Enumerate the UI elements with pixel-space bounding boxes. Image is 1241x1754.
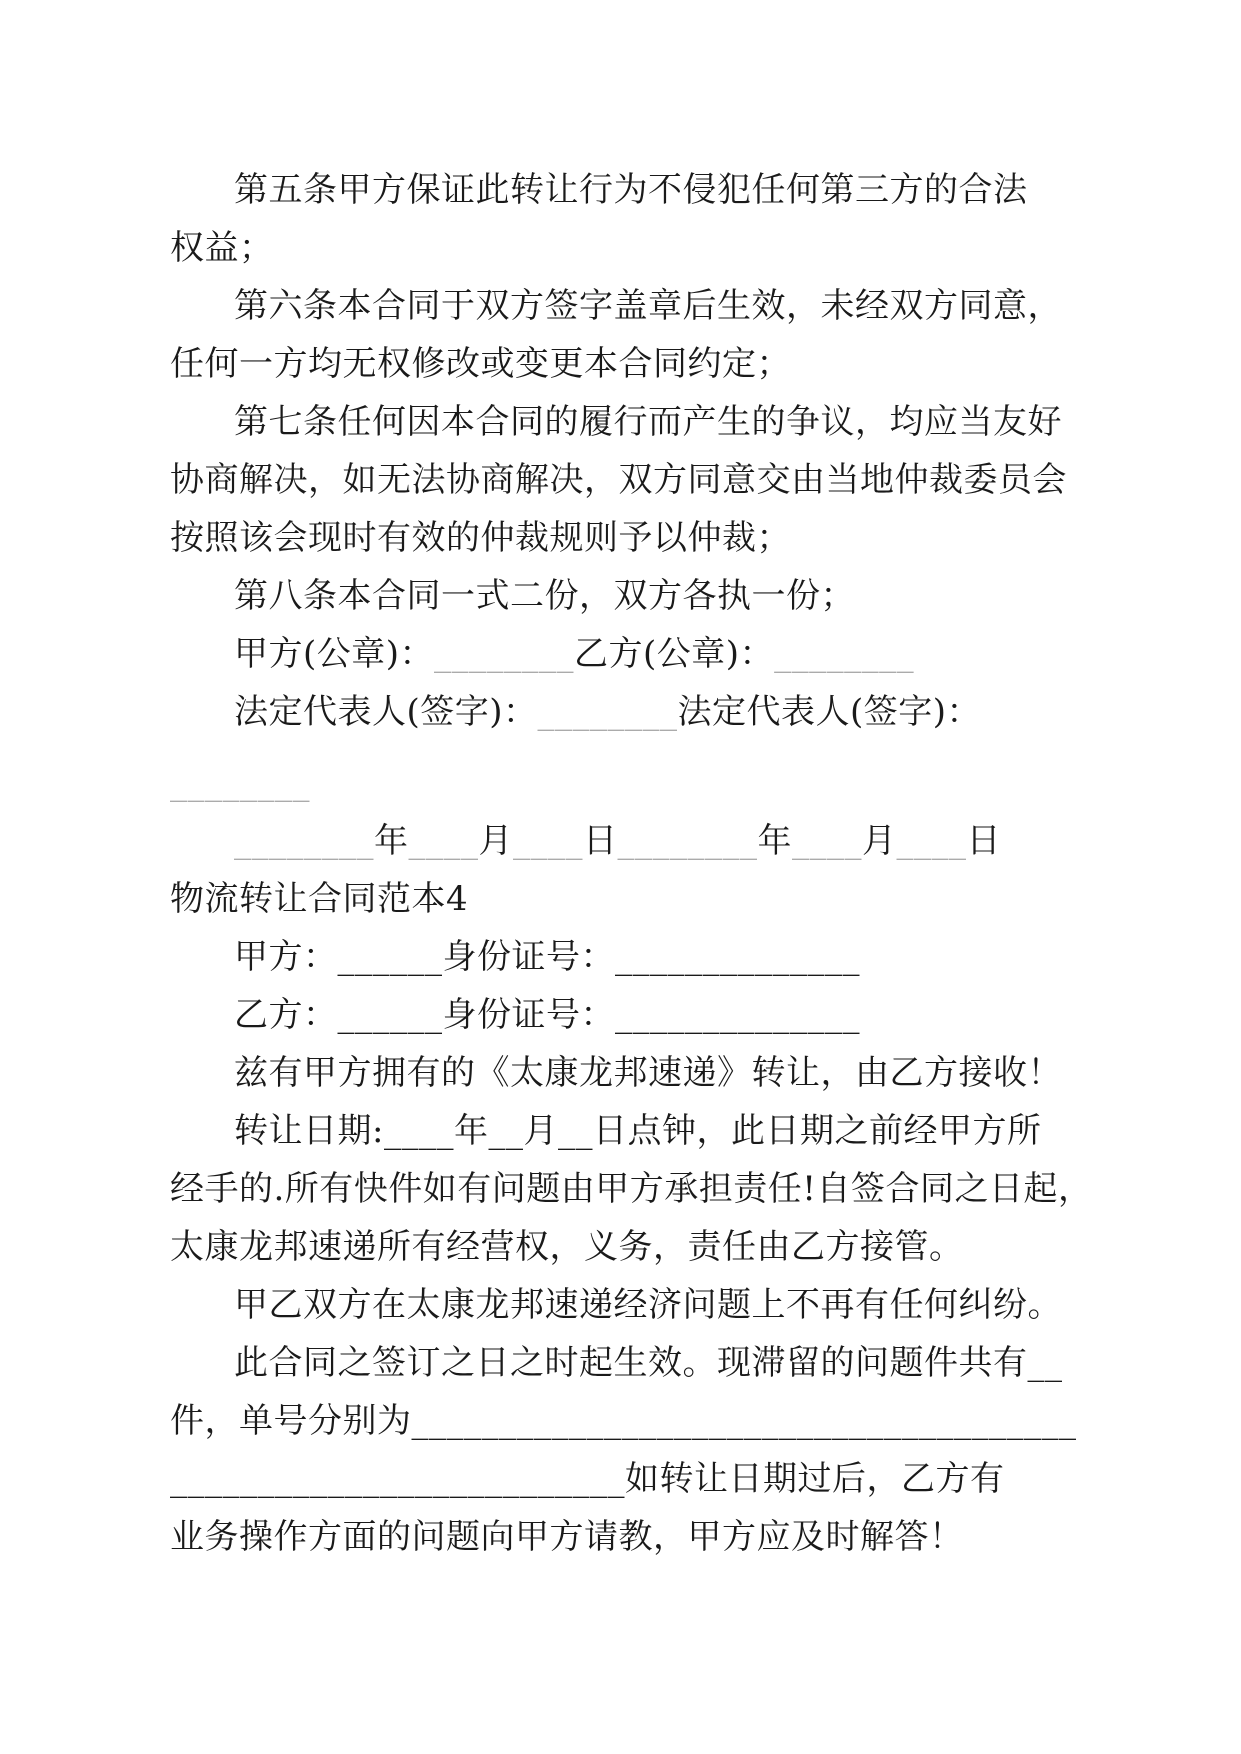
party-a-representative-blank: ________ [538,692,678,732]
date-blank-6: ____ [897,821,967,861]
transfer-date-line-2: 经手的.所有快件如有问题由甲方承担责任!自签合同之日起， [170,1160,1075,1218]
clause-five-line-1: 第五条甲方保证此转让行为不侵犯任何第三方的合法 [170,161,1075,219]
clause-seven-line-3: 按照该会现时有效的仲裁规则予以仲裁； [170,509,1075,567]
seal-signature-line: 甲方(公章)：________乙方(公章)：________ [170,625,1075,683]
party-a-representative-label: 法定代表人(签字)： [234,692,538,732]
party-b-seal-label: 乙方(公章)： [574,634,774,674]
party-b-representative-label: 法定代表人(签字)： [678,692,982,732]
transfer-date-line-1: 转让日期:____年__月__日点钟，此日期之前经甲方所 [170,1102,1075,1160]
dispute-free-line: 甲乙双方在太康龙邦速递经济问题上不再有任何纠纷。 [170,1276,1075,1334]
clause-six-line-1: 第六条本合同于双方签字盖章后生效，未经双方同意， [170,277,1075,335]
transfer-date-line-3: 太康龙邦速递所有经营权，义务，责任由乙方接管。 [170,1218,1075,1276]
date-blank-4: ________ [618,821,758,861]
clause-seven-line-1: 第七条任何因本合同的履行而产生的争议，均应当友好 [170,393,1075,451]
party-a-id-line: 甲方：______身份证号：______________ [170,928,1075,986]
effective-line-3: __________________________如转让日期过后，乙方有 [170,1450,1075,1508]
effective-line-2-tracking-numbers: 件，单号分别为_________________________________… [170,1392,1075,1450]
legal-representative-line: 法定代表人(签字)：________法定代表人(签字)： [170,683,1075,741]
date-blank-5: ____ [792,821,862,861]
effective-line-1: 此合同之签订之日之时起生效。现滞留的问题件共有__ [170,1334,1075,1392]
day-label-1: 日 [583,821,618,861]
clause-eight-line: 第八条本合同一式二份，双方各执一份； [170,567,1075,625]
date-blank-3: ____ [513,821,583,861]
party-a-seal-blank: ________ [434,634,574,674]
signing-date-line: ________年____月____日________年____月____日 [170,812,1075,870]
support-obligation-line: 业务操作方面的问题向甲方请教，甲方应及时解答！ [170,1508,1075,1566]
month-label-2: 月 [862,821,897,861]
party-a-seal-label: 甲方(公章)： [234,634,434,674]
representative-signature-blank-line: ________ [170,754,1075,812]
clause-six-line-2: 任何一方均无权修改或变更本合同约定； [170,335,1075,393]
date-blank-2: ____ [409,821,479,861]
clause-seven-line-2: 协商解决，如无法协商解决，双方同意交由当地仲裁委员会 [170,451,1075,509]
template-4-title: 物流转让合同范本4 [170,870,1075,928]
year-label-1: 年 [374,821,409,861]
year-label-2: 年 [758,821,793,861]
clause-five-line-2: 权益； [170,219,1075,277]
contract-document-page: 第五条甲方保证此转让行为不侵犯任何第三方的合法 权益； 第六条本合同于双方签字盖… [0,0,1241,1754]
day-label-2: 日 [967,821,1002,861]
transfer-statement-line: 兹有甲方拥有的《太康龙邦速递》转让，由乙方接收！ [170,1044,1075,1102]
date-blank-1: ________ [234,821,374,861]
month-label-1: 月 [479,821,514,861]
party-b-representative-blank: ________ [170,763,310,803]
party-b-seal-blank: ________ [774,634,914,674]
party-b-id-line: 乙方：______身份证号：______________ [170,986,1075,1044]
